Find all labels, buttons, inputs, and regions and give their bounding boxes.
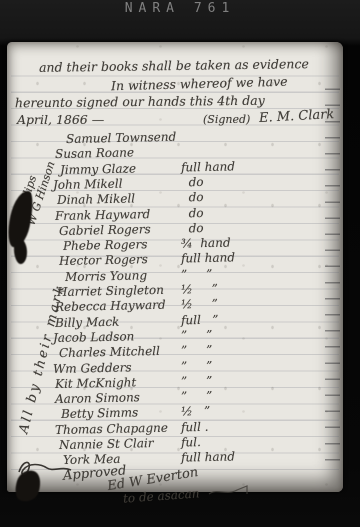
laborer-name: Susan Roane [55,146,134,162]
hand-rating: full ” [181,313,219,327]
hand-rating: ful. [181,436,201,449]
signature-em-clark: E. M. Clark [259,107,335,126]
laborer-name: Rebecca Hayward [55,298,166,314]
laborer-name: Aaron Simons [55,390,140,406]
hand-rating: full hand [181,160,235,174]
laborer-name: John Mikell [53,176,123,191]
contract-clause-line-3: hereunto signed our hands this 4th day [15,93,265,111]
signature-flourish [207,482,253,500]
hand-rating: ½ ” [181,298,218,312]
laborer-name: Jacob Ladson [53,329,135,345]
scanned-document-page: and their books shall be taken as eviden… [7,42,343,492]
laborer-name: Harriet Singleton [57,283,164,299]
laborer-name: Gabriel Rogers [59,222,151,238]
nara-microfilm-stamp: NARA 761 [0,1,360,16]
hand-rating: ” ” [181,344,213,358]
hand-rating: full hand [181,451,235,465]
laborer-name: Morris Young [65,268,147,284]
laborer-name: Billy Mack [55,314,120,329]
hand-rating: ” ” [181,268,213,282]
hand-rating: ½ ” [181,405,210,419]
hand-rating: do [181,222,204,235]
laborer-name: Wm Gedders [53,360,132,376]
laborer-name: Hector Rogers [59,253,148,269]
laborer-name: Frank Hayward [55,207,151,223]
hand-rating: ¾ hand [181,237,231,251]
laborer-name: Thomas Chapagne [55,420,168,436]
laborer-name: Samuel Townsend [66,130,176,146]
signed-label: (Signed) [203,113,250,126]
laborer-name: Betty Simms [61,406,138,422]
laborer-name: Jimmy Glaze [60,161,136,177]
hand-rating: ” ” [181,390,213,404]
hand-rating: full . [181,421,209,435]
laborer-name: Nannie St Clair [59,436,154,452]
laborer-name: Charles Mitchell [59,344,160,360]
contract-date: April, 1866 — [17,112,104,127]
contract-clause-line-2: In witness whereof we have [111,74,288,94]
ink-blot-small [12,237,28,265]
hand-rating: ” ” [181,359,213,373]
laborer-name: Phebe Rogers [63,237,148,253]
hand-rating: ½ ” [181,283,218,297]
hand-rating: do [181,191,204,204]
hand-rating: ” ” [181,375,213,389]
hand-rating: full hand [181,252,235,266]
laborer-name: Kit McKnight [55,375,136,391]
laborer-name: Dinah Mikell [57,192,135,208]
hand-rating: do [181,176,204,189]
microfilm-frame: { "stamp": "NARA 761", "document": { "he… [0,0,360,527]
ink-blot-footer [12,467,45,505]
contract-clause-line-1: and their books shall be taken as eviden… [39,56,309,75]
hand-rating: ” ” [181,329,213,343]
hand-rating: do [181,206,204,219]
